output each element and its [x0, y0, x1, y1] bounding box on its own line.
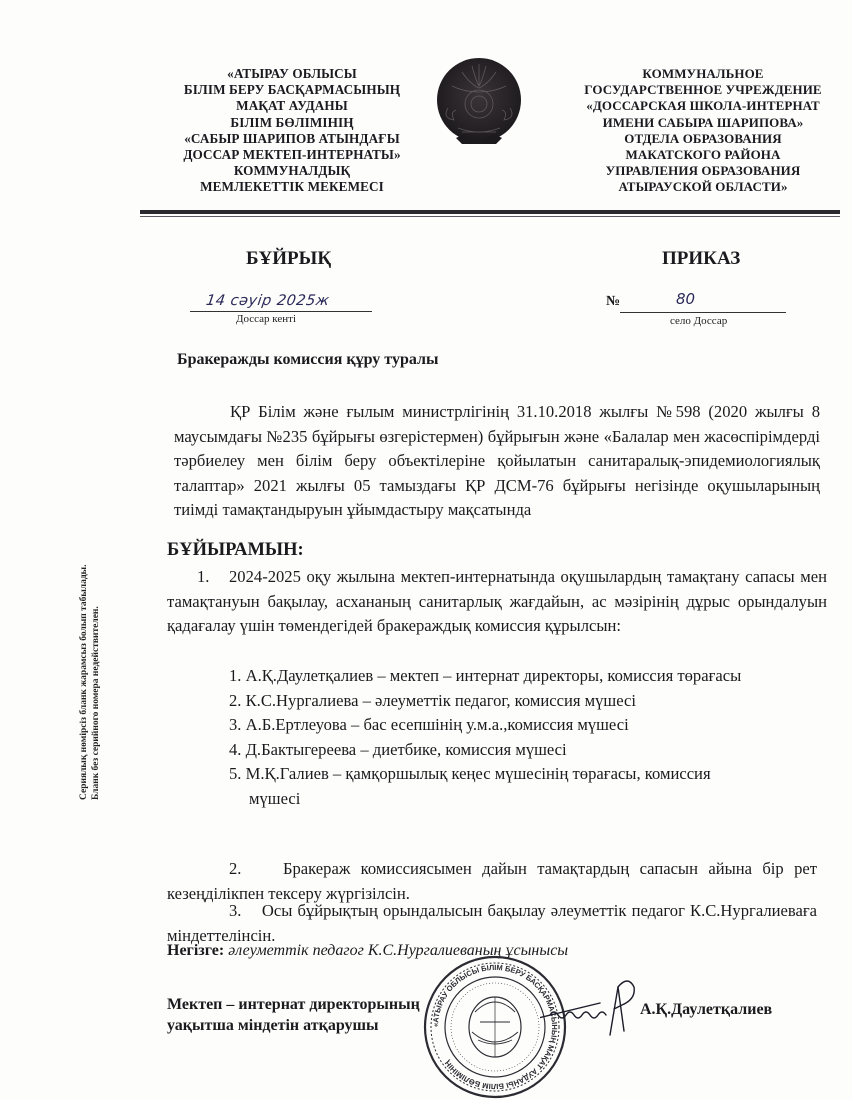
- header-divider-thick: [140, 210, 840, 214]
- order-item-text: 1.2024-2025 оқу жылына мектеп-интернатын…: [167, 565, 827, 639]
- commission-member: 2. К.С.Нургалиева – әлеуметтік педагог, …: [167, 689, 817, 714]
- commission-members-list: 1. А.Қ.Даулетқалиев – мектеп – интернат …: [167, 664, 817, 812]
- header-kz-line: «САБЫР ШАРИПОВ АТЫНДАҒЫ: [172, 131, 412, 147]
- state-emblem-icon: [434, 56, 524, 150]
- member-number: 2.: [229, 691, 241, 710]
- order-item-number: 2.: [229, 859, 241, 878]
- place-ru: село Доссар: [670, 315, 727, 327]
- preamble-text: ҚР Білім және ғылым министрлігінің 31.10…: [174, 400, 820, 523]
- header-kz-line: КОММУНАЛДЫҚ: [172, 163, 412, 179]
- header-kz-line: ДОССАР МЕКТЕП-ИНТЕРНАТЫ»: [172, 147, 412, 163]
- serial-number-notice: Сериялық нөмірсіз бланк жарамсыз болып т…: [78, 565, 102, 800]
- header-ru-line: «ДОССАРСКАЯ ШКОЛА-ИНТЕРНАТ: [572, 98, 834, 114]
- order-item-3: 3. Осы бұйрықтың орындалысын бақылау әле…: [167, 899, 817, 948]
- header-ru-line: ОТДЕЛА ОБРАЗОВАНИЯ: [572, 131, 834, 147]
- serial-notice-ru: Бланк без серийного номера недействителе…: [90, 565, 102, 800]
- member-text: М.Қ.Галиев – қамқоршылық кеңес мүшесінің…: [246, 764, 711, 783]
- member-number: 5.: [229, 764, 241, 783]
- order-item-body: Осы бұйрықтың орындалысын бақылау әлеуме…: [167, 901, 817, 945]
- header-kz-line: БІЛІМ БӨЛІМІНІҢ: [172, 115, 412, 131]
- header-ru-line: МАКАТСКОГО РАЙОНА: [572, 147, 834, 163]
- member-text: А.Б.Ертлеуова – бас есепшінің у.м.а.,ком…: [246, 715, 629, 734]
- header-organization-kz: «АТЫРАУ ОБЛЫСЫ БІЛІМ БЕРУ БАСҚАРМАСЫНЫҢ …: [172, 66, 412, 196]
- order-item-number: 1.: [167, 565, 229, 590]
- document-title-ru: ПРИКАЗ: [662, 248, 740, 270]
- number-underline: [620, 312, 786, 313]
- header-ru-line: ГОСУДАРСТВЕННОЕ УЧРЕЖДЕНИЕ: [572, 82, 834, 98]
- member-text: Д.Бактыгереева – диетбике, комиссия мүше…: [246, 740, 567, 759]
- preamble: ҚР Білім және ғылым министрлігінің 31.10…: [174, 400, 820, 523]
- commission-member: 5. М.Қ.Галиев – қамқоршылық кеңес мүшесі…: [167, 762, 817, 811]
- serial-notice-kz: Сериялық нөмірсіз бланк жарамсыз болып т…: [78, 565, 90, 800]
- commission-member: 1. А.Қ.Даулетқалиев – мектеп – интернат …: [167, 664, 817, 689]
- date-underline: [190, 311, 372, 312]
- member-text: А.Қ.Даулетқалиев – мектеп – интернат дир…: [246, 666, 742, 685]
- member-number: 4.: [229, 740, 241, 759]
- handwritten-order-number: 80: [676, 290, 695, 308]
- basis-label: Негізге:: [167, 942, 224, 959]
- order-directive-heading: БҰЙЫРАМЫН:: [167, 540, 304, 561]
- header-kz-line: МЕМЛЕКЕТТІК МЕКЕМЕСІ: [172, 179, 412, 195]
- header-divider-thin: [140, 216, 840, 217]
- order-item-number: 3.: [229, 901, 241, 920]
- header-ru-line: АТЫРАУСКОЙ ОБЛАСТИ»: [572, 179, 834, 195]
- handwritten-signature-icon: [540, 975, 650, 1045]
- document-title-kz: БҰЙРЫҚ: [246, 248, 331, 270]
- header-kz-line: «АТЫРАУ ОБЛЫСЫ: [172, 66, 412, 82]
- signatory-role-line2: уақытша міндетін атқарушы: [167, 1015, 420, 1036]
- header-ru-line: КОММУНАЛЬНОЕ: [572, 66, 834, 82]
- commission-member: 4. Д.Бактыгереева – диетбике, комиссия м…: [167, 738, 817, 763]
- member-number: 1.: [229, 666, 241, 685]
- member-number: 3.: [229, 715, 241, 734]
- signatory-name: А.Қ.Даулетқалиев: [640, 1001, 772, 1019]
- member-text-continued: мүшесі: [229, 787, 817, 812]
- header-kz-line: БІЛІМ БЕРУ БАСҚАРМАСЫНЫҢ: [172, 82, 412, 98]
- order-subject: Бракеражды комиссия құру туралы: [177, 351, 438, 369]
- commission-member: 3. А.Б.Ертлеуова – бас есепшінің у.м.а.,…: [167, 713, 817, 738]
- header-organization-ru: КОММУНАЛЬНОЕ ГОСУДАРСТВЕННОЕ УЧРЕЖДЕНИЕ …: [572, 66, 834, 196]
- header-kz-line: МАҚАТ АУДАНЫ: [172, 98, 412, 114]
- place-kz: Доссар кенті: [236, 313, 296, 325]
- header-ru-line: УПРАВЛЕНИЯ ОБРАЗОВАНИЯ: [572, 163, 834, 179]
- order-item-text: 3. Осы бұйрықтың орындалысын бақылау әле…: [167, 899, 817, 948]
- handwritten-date: 14 сәуір 2025ж: [205, 293, 331, 309]
- number-sign: №: [606, 294, 620, 310]
- order-item-body: Бракераж комиссиясымен дайын тамақтардың…: [167, 859, 817, 903]
- signatory-role-line1: Мектеп – интернат директорының: [167, 994, 420, 1015]
- signatory-role: Мектеп – интернат директорының уақытша м…: [167, 994, 420, 1036]
- member-text: К.С.Нургалиева – әлеуметтік педагог, ком…: [246, 691, 636, 710]
- order-item-1: 1.2024-2025 оқу жылына мектеп-интернатын…: [167, 565, 827, 639]
- order-item-body: 2024-2025 оқу жылына мектеп-интернатында…: [167, 567, 827, 635]
- header-ru-line: ИМЕНИ САБЫРА ШАРИПОВА»: [572, 115, 834, 131]
